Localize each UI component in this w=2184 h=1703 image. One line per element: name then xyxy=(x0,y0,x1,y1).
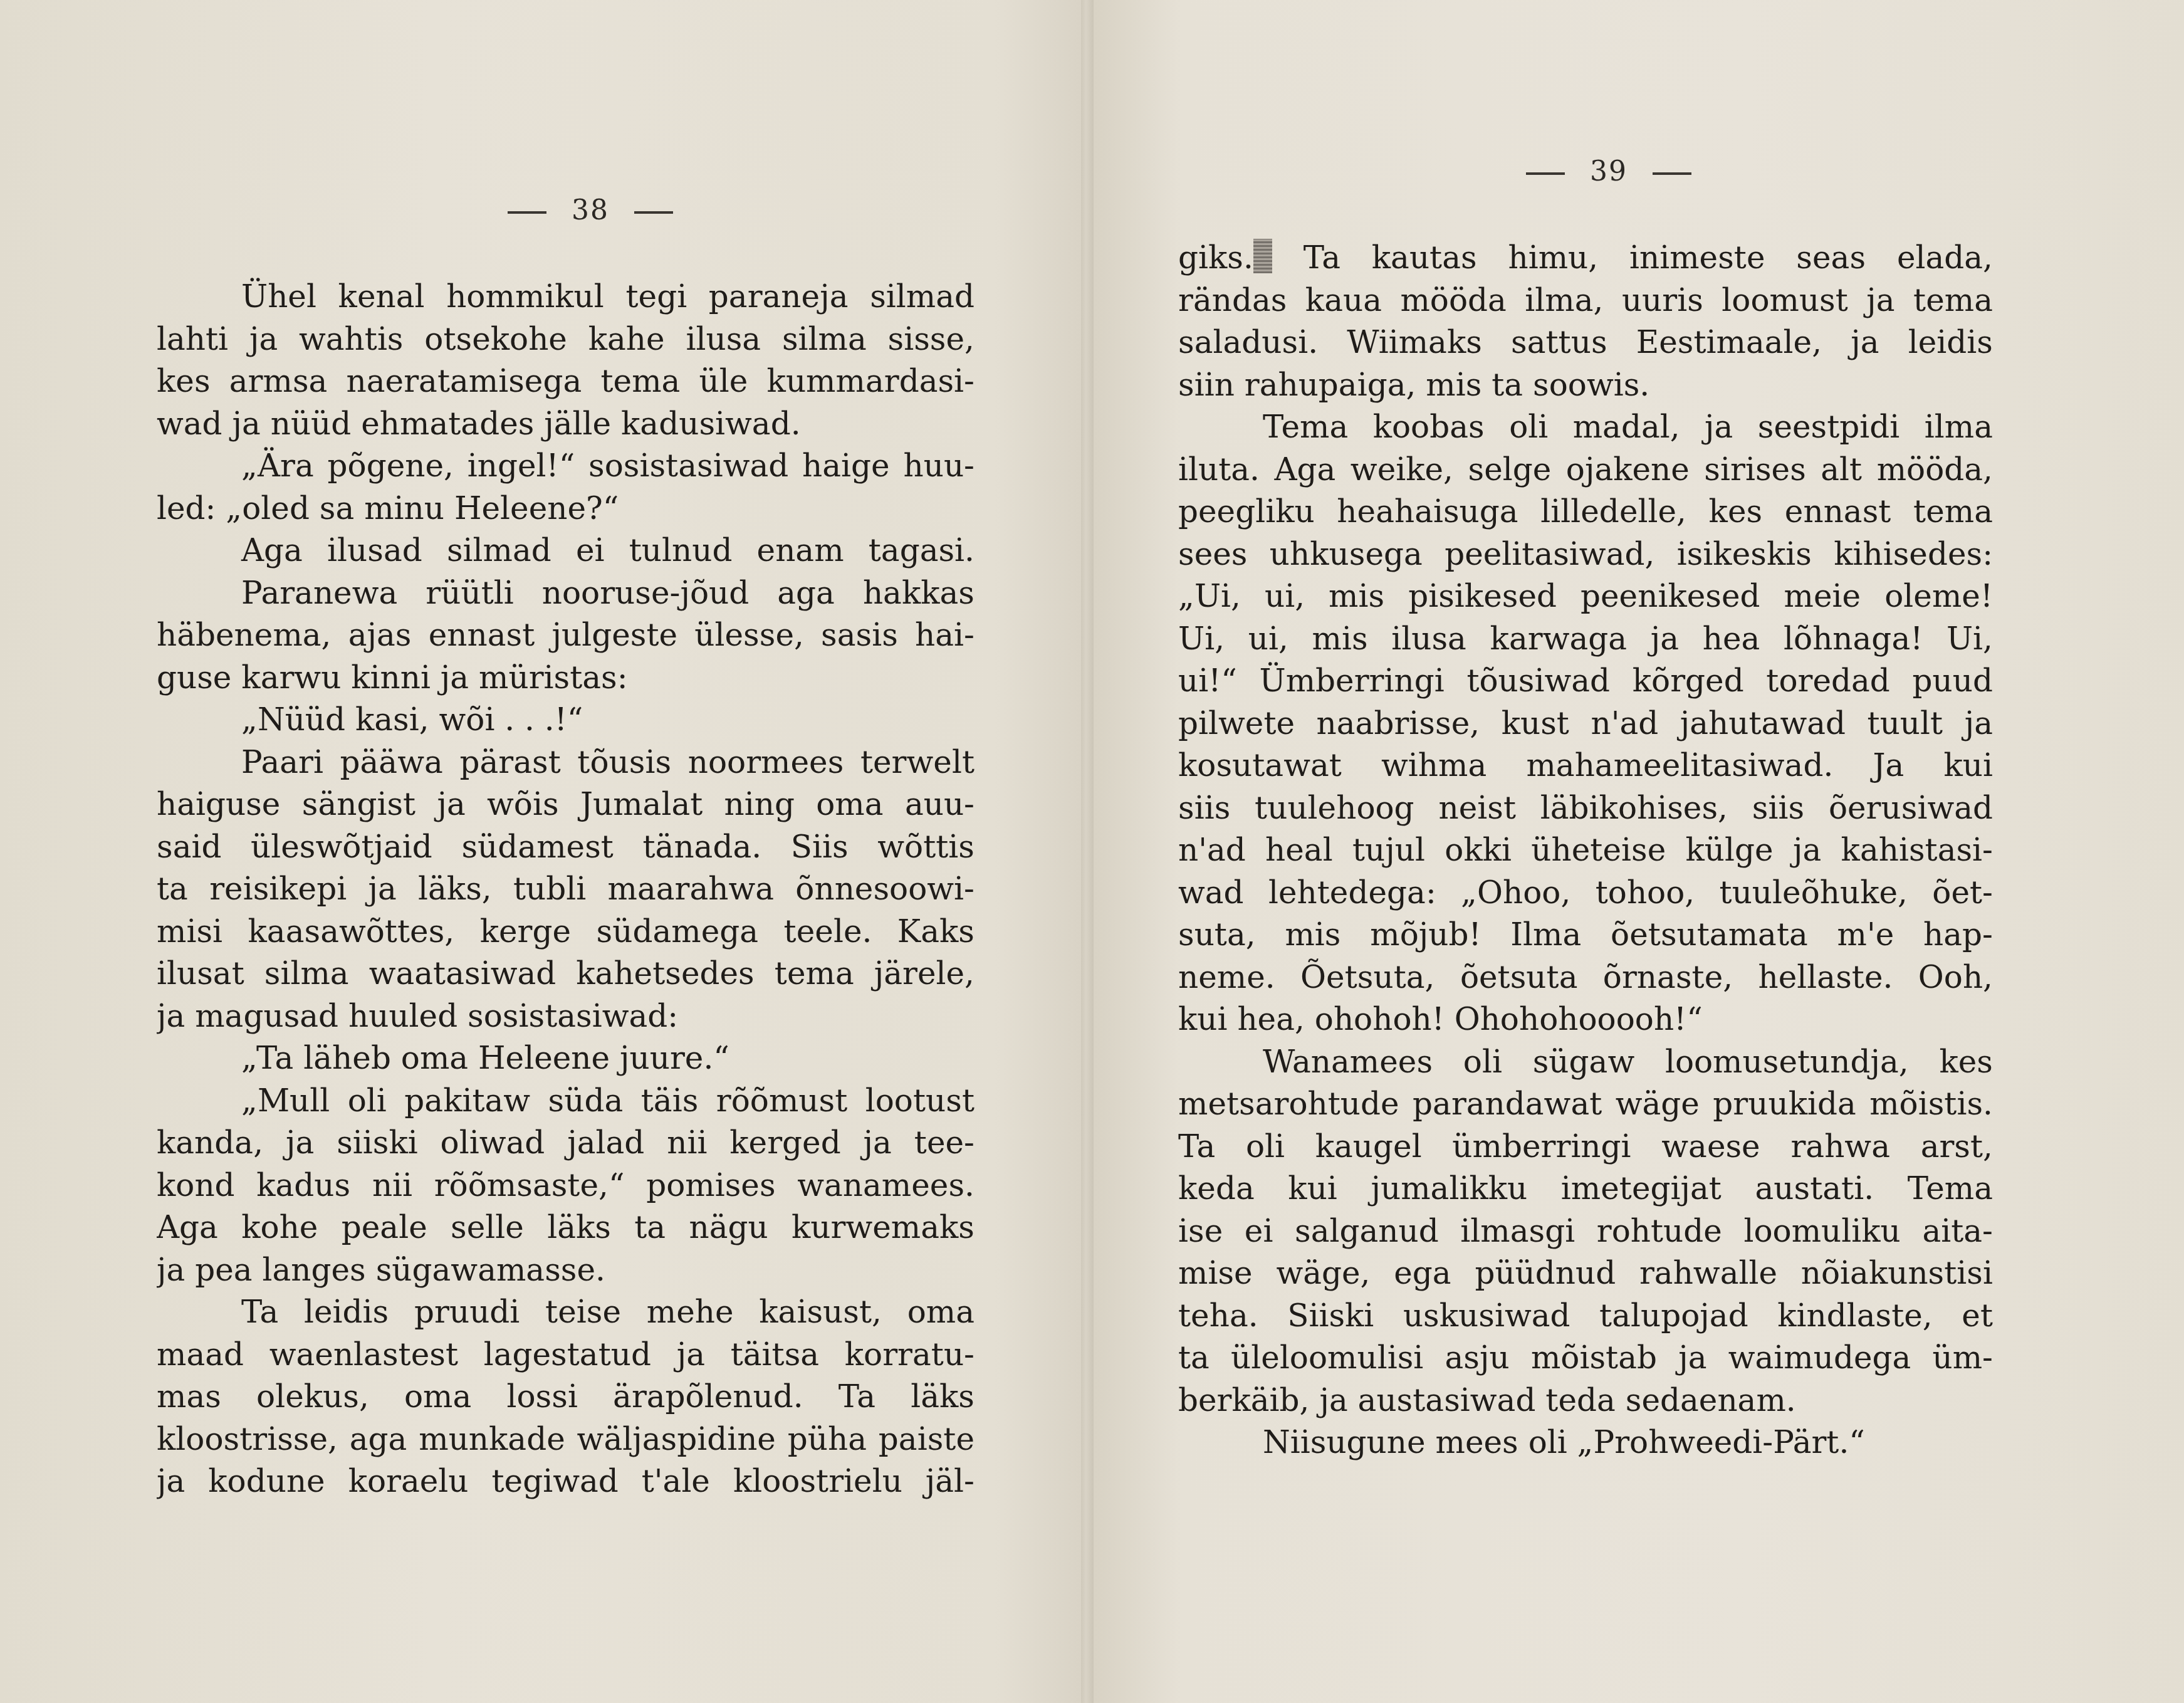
ink-blot-icon xyxy=(1253,239,1272,273)
text-line: „Ui, ui, mis pisikesed peenikesed meie o… xyxy=(1178,575,1993,618)
text-line: „Mull oli pakitaw süda täis rõõmust loot… xyxy=(157,1080,974,1123)
text-line: kond kadus nii rõõmsaste,“ pomises wanam… xyxy=(157,1165,974,1207)
text-line: rändas kaua mööda ilma, uuris loomust ja… xyxy=(1178,280,1993,322)
text-line: kui hea, ohohoh! Ohohohooooh!“ xyxy=(1178,998,1993,1041)
text-line: pilwete naabrisse, kust n'ad jahutawad t… xyxy=(1178,703,1993,745)
text-line: Paranewa rüütli nooruse-jõud aga hakkas xyxy=(157,572,974,615)
text-line: n'ad heal tujul okki üheteise külge ja k… xyxy=(1178,829,1993,872)
text-line: Ta leidis pruudi teise mehe kaisust, oma xyxy=(157,1291,974,1334)
text-line: ui!“ Ümberringi tõusiwad kõrged toredad … xyxy=(1178,660,1993,703)
text-line: „Ta läheb oma Heleene juure.“ xyxy=(157,1037,974,1080)
text-line: ise ei salganud ilmasgi rohtude loomulik… xyxy=(1178,1210,1993,1253)
text-line: Aga ilusad silmad ei tulnud enam tagasi. xyxy=(157,530,974,572)
book-spine xyxy=(1081,0,1094,1703)
text-line: mas olekus, oma lossi ärapõlenud. Ta läk… xyxy=(157,1376,974,1418)
text-line: lahti ja wahtis otsekohe kahe ilusa silm… xyxy=(157,318,974,361)
text-line: ta üleloomulisi asju mõistab ja waimudeg… xyxy=(1178,1337,1993,1380)
text-line: keda kui jumalikku imetegijat austati. T… xyxy=(1178,1168,1993,1210)
right-page: 39 giks. Ta kautas himu, inimeste seas e… xyxy=(1094,0,2184,1703)
text-line: kes armsa naeratamisega tema üle kummard… xyxy=(157,360,974,403)
text-line: led: „oled sa minu Heleene?“ xyxy=(157,488,974,530)
left-page: 38 Ühel kenal hommikul tegi paraneja sil… xyxy=(0,0,1081,1703)
line-text: Ta kautas himu, inimeste seas elada, xyxy=(1272,239,1993,276)
text-line: ta reisikepi ja läks, tubli maarahwa õnn… xyxy=(157,868,974,911)
text-line: kanda, ja siiski oliwad jalad nii kerged… xyxy=(157,1122,974,1165)
left-page-text: Ühel kenal hommikul tegi paraneja silmad… xyxy=(157,276,974,1503)
text-line: suta, mis mõjub! Ilma õetsutamata m'e ha… xyxy=(1178,914,1993,956)
text-line: Ui, ui, mis ilusa karwaga ja hea lõhnaga… xyxy=(1178,618,1993,661)
dash-left xyxy=(1526,172,1565,175)
text-line: peeglikս heahaisuga lilledelle, kes enna… xyxy=(1178,491,1993,533)
right-page-text: giks. Ta kautas himu, inimeste seas elad… xyxy=(1178,237,1993,1464)
text-line: giks. Ta kautas himu, inimeste seas elad… xyxy=(1178,237,1993,280)
text-line: teha. Siiski uskusiwad talupojad kindlas… xyxy=(1178,1295,1993,1338)
text-line: maad waenlastest lagestatud ja täitsa ko… xyxy=(157,1334,974,1376)
dash-right xyxy=(634,211,673,214)
line-prefix: giks. xyxy=(1178,239,1253,276)
text-line: misi kaasawõttes, kerge südamega teele. … xyxy=(157,911,974,953)
dash-left xyxy=(508,211,546,214)
text-line: ja pea langes sügawamasse. xyxy=(157,1249,974,1292)
dash-right xyxy=(1653,172,1691,175)
text-line: Wanamees oli sügaw loomusetundja, kes xyxy=(1178,1041,1993,1084)
book-spread: 38 Ühel kenal hommikul tegi paraneja sil… xyxy=(0,0,2184,1703)
text-line: Paari pääwa pärast tõusis noormees terwe… xyxy=(157,741,974,784)
text-line: ja magusad huuled sosistasiwad: xyxy=(157,995,974,1038)
text-line: Ta oli kaugel ümberringi waese rahwa ars… xyxy=(1178,1126,1993,1168)
page-number-text: 38 xyxy=(572,194,609,226)
text-line: guse karwu kinni ja müristas: xyxy=(157,657,974,700)
text-line: kloostrisse, aga munkade wäljaspidine pü… xyxy=(157,1418,974,1461)
text-line: Tema koobas oli madal, ja seestpidi ilma xyxy=(1178,406,1993,449)
text-line: Niisugune mees oli „Prohweedi-Pärt.“ xyxy=(1178,1422,1993,1464)
text-line: siis tuulehoog neist läbikohises, siis õ… xyxy=(1178,787,1993,830)
text-line: saladusi. Wiimaks sattus Eestimaale, ja … xyxy=(1178,322,1993,364)
text-line: iluta. Aga weike, selge ojakene sirises … xyxy=(1178,449,1993,491)
page-number-text: 39 xyxy=(1590,155,1628,187)
text-line: Ühel kenal hommikul tegi paraneja silmad xyxy=(157,276,974,318)
text-line: said üleswõtjaid südamest tänada. Siis w… xyxy=(157,826,974,869)
text-line: ja kodune koraelu tegiwad t'ale kloostri… xyxy=(157,1460,974,1503)
text-line: häbenema, ajas ennast julgeste ülesse, s… xyxy=(157,614,974,657)
text-line: metsarohtude parandawat wäge pruukida mõ… xyxy=(1178,1083,1993,1126)
text-line: wad lehtedega: „Ohoo, tohoo, tuuleõhuke,… xyxy=(1178,872,1993,914)
text-line: berkäib, ja austasiwad teda sedaenam. xyxy=(1178,1380,1993,1422)
text-line: sees uhkusega peelitasiwad, isikeskis ki… xyxy=(1178,533,1993,576)
text-line: ilusat silma waatasiwad kahetsedes tema … xyxy=(157,953,974,995)
text-line: „Nüüd kasi, wõi . . .!“ xyxy=(157,699,974,741)
text-line: Aga kohe peale selle läks ta nägu kurwem… xyxy=(157,1207,974,1249)
text-line: neme. Õetsuta, õetsuta õrnaste, hellaste… xyxy=(1178,956,1993,999)
page-number-38: 38 xyxy=(483,194,698,226)
text-line: siin rahupaiga, mis ta soowis. xyxy=(1178,364,1993,407)
text-line: wad ja nüüd ehmatades jälle kadusiwad. xyxy=(157,403,974,446)
text-line: mise wäge, ega püüdnud rahwalle nõiakuns… xyxy=(1178,1252,1993,1295)
text-line: „Ära põgene, ingel!“ sosistasiwad haige … xyxy=(157,445,974,488)
page-number-39: 39 xyxy=(1501,155,1716,187)
text-line: haiguse sängist ja wõis Jumalat ning oma… xyxy=(157,783,974,826)
text-line: kosutawat wihma mahameelitasiwad. Ja kui xyxy=(1178,745,1993,787)
